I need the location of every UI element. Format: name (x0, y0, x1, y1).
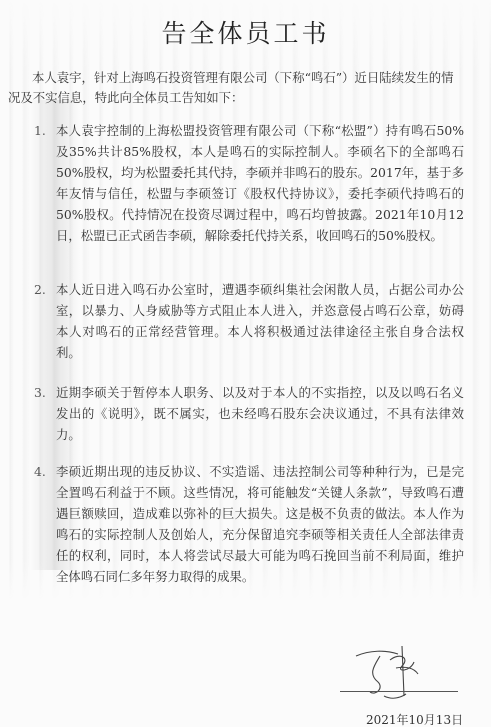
item-number: 1. (34, 120, 46, 141)
item-number: 2. (34, 279, 46, 300)
scan-streaks (0, 0, 491, 727)
item-number: 3. (34, 382, 46, 403)
intro-paragraph: 本人袁宇，针对上海鸣石投资管理有限公司（下称“鸣石”）近日陆续发生的情况及不实信… (8, 68, 460, 108)
document-title: 告全体员工书 (0, 14, 491, 50)
document-date: 2021年10月13日 (366, 711, 463, 727)
signature-line (340, 691, 458, 692)
item-number: 4. (34, 461, 46, 482)
item-text: 李硕近期出现的违反协议、不实造谣、违法控制公司等种种行为，已是完全置鸣石利益于不… (56, 461, 464, 587)
item-text: 近期李硕关于暂停本人职务、以及对于本人的不实指控，以及以鸣石名义发出的《说明》，… (56, 382, 464, 445)
item-text: 本人近日进入鸣石办公室时，遭遇李硕纠集社会闲散人员，占据公司办公室，以暴力、人身… (56, 279, 464, 363)
item-text: 本人袁宇控制的上海松盟投资管理有限公司（下称“松盟”）持有鸣石50%及35%共计… (56, 120, 464, 246)
signature (340, 638, 460, 693)
